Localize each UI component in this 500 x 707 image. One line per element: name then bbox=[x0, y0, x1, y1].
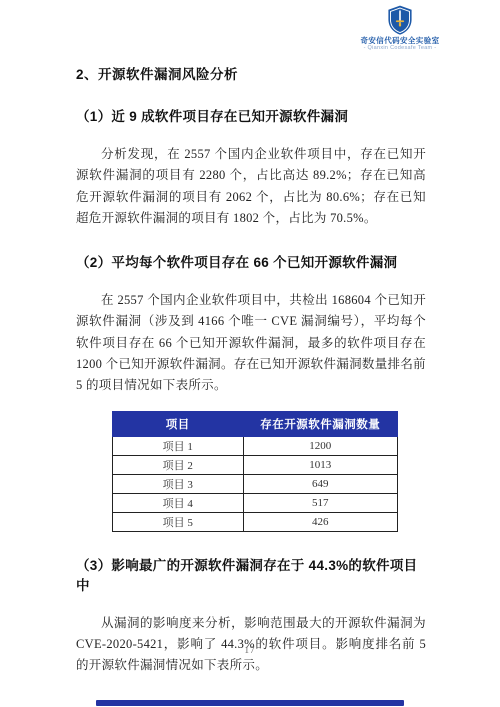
section-3-title: （3）影响最广的开源软件漏洞存在于 44.3%的软件项目中 bbox=[76, 554, 426, 594]
page-number: 17 bbox=[0, 645, 500, 655]
vuln-count-cell: 517 bbox=[243, 493, 397, 512]
section-1-paragraph: 分析发现，在 2557 个国内企业软件项目中，存在已知开源软件漏洞的项目有 22… bbox=[76, 144, 426, 229]
project-name-cell: 项目 5 bbox=[113, 512, 244, 531]
table-row: 项目 3649 bbox=[113, 474, 398, 493]
table-row: 项目 21013 bbox=[113, 455, 398, 474]
column-header-vuln-count: 存在开源软件漏洞数量 bbox=[243, 411, 397, 436]
section-2-title: （2）平均每个软件项目存在 66 个已知开源软件漏洞 bbox=[76, 251, 426, 271]
org-name: 奇安信代码安全实验室 bbox=[356, 36, 444, 45]
vuln-count-cell: 426 bbox=[243, 512, 397, 531]
org-tagline: - Qianxin Codesafe Team - bbox=[356, 45, 444, 52]
vuln-count-cell: 1200 bbox=[243, 436, 397, 455]
project-name-cell: 项目 4 bbox=[113, 493, 244, 512]
vuln-count-cell: 1013 bbox=[243, 455, 397, 474]
table-body: 项目 11200项目 21013项目 3649项目 4517项目 5426 bbox=[113, 436, 398, 531]
org-logo: 奇安信代码安全实验室 - Qianxin Codesafe Team - bbox=[356, 5, 444, 52]
footer-accent-bar bbox=[96, 700, 404, 706]
table-row: 项目 11200 bbox=[113, 436, 398, 455]
column-header-project: 项目 bbox=[113, 411, 244, 436]
section-1-title: （1）近 9 成软件项目存在已知开源软件漏洞 bbox=[76, 105, 426, 125]
chapter-title: 2、开源软件漏洞风险分析 bbox=[76, 63, 426, 83]
document-content: 2、开源软件漏洞风险分析 （1）近 9 成软件项目存在已知开源软件漏洞 分析发现… bbox=[76, 63, 426, 677]
table-row: 项目 5426 bbox=[113, 512, 398, 531]
project-name-cell: 项目 3 bbox=[113, 474, 244, 493]
shield-sword-icon bbox=[386, 5, 414, 35]
section-2-paragraph: 在 2557 个国内企业软件项目中，共检出 168604 个已知开源软件漏洞（涉… bbox=[76, 290, 426, 396]
vuln-count-cell: 649 bbox=[243, 474, 397, 493]
project-name-cell: 项目 1 bbox=[113, 436, 244, 455]
table-row: 项目 4517 bbox=[113, 493, 398, 512]
table-header-row: 项目 存在开源软件漏洞数量 bbox=[113, 411, 398, 436]
project-name-cell: 项目 2 bbox=[113, 455, 244, 474]
vulnerability-count-table: 项目 存在开源软件漏洞数量 项目 11200项目 21013项目 3649项目 … bbox=[112, 411, 398, 532]
document-page: 奇安信代码安全实验室 - Qianxin Codesafe Team - 2、开… bbox=[0, 0, 500, 707]
